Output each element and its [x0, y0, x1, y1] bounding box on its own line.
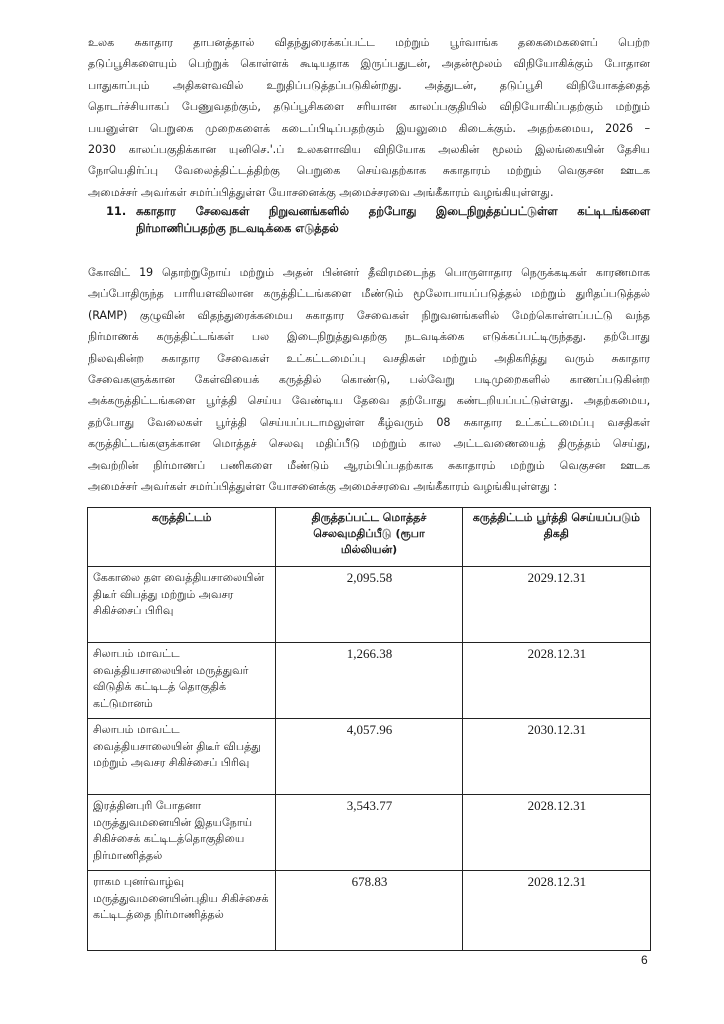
text-line: தொடர்ச்சியாகப் பேணுவதற்கும், தடுப்பூசிகள… — [88, 96, 650, 117]
cell-cost: 4,057.96 — [276, 719, 462, 795]
text-line: நிலவுகின்ற சுகாதார சேவைகள் உட்கட்டமைப்பு… — [88, 348, 650, 369]
text-line: கருத்திட்டங்களுக்கான மொத்தச் செலவு மதிப்… — [88, 433, 650, 454]
heading-line: நிர்மாணிப்பதற்கு நடவடிக்கை எடுத்தல் — [136, 220, 650, 237]
text-line: அப்போதிருந்த பாரியளவிலான கருத்திட்டங்களை… — [88, 283, 650, 304]
table-row: சிலாபம் மாவட்ட வைத்தியசாலையின் மருத்துவர… — [88, 643, 651, 719]
document-page: உலக சுகாதார தாபனத்தால் விதந்துரைக்கப்பட்… — [0, 0, 724, 1024]
text-line: நோயெதிர்ப்பு வேலைத்திட்டத்திற்கு பெறுகை … — [88, 160, 650, 181]
cell-project: கேகாலை தள வைத்தியசாலையின் திடீர் விபத்து… — [88, 567, 276, 643]
cell-completion: 2029.12.31 — [462, 567, 650, 643]
section-number: 11. — [106, 203, 126, 220]
cell-cost: 1,266.38 — [276, 643, 462, 719]
text-line: அமைச்சர் அவர்கள் சமர்ப்பித்துள்ள யோசனைக்… — [88, 182, 650, 203]
cell-completion: 2028.12.31 — [462, 795, 650, 871]
table-row: சிலாபம் மாவட்ட வைத்தியசாலையின் திடீர் வி… — [88, 719, 651, 795]
header-revised-cost: திருத்தப்பட்ட மொத்தச் செலவுமதிப்பீடு (ரூ… — [276, 508, 462, 567]
table-row: ராகம புனர்வாழ்வு மருத்துவமனையின்புதிய சி… — [88, 871, 651, 951]
text-line: சேவைகளுக்கான கேள்வியைக் கருத்தில் கொண்டு… — [88, 369, 650, 390]
text-line: 2030 காலப்பகுதிக்கான யுனிசெ.'.ப் உலகளாவி… — [88, 139, 650, 160]
cell-project: ராகம புனர்வாழ்வு மருத்துவமனையின்புதிய சி… — [88, 871, 276, 951]
text-line: தடுப்பூசிகளையும் பெற்றுக் கொள்ளக் கூடியத… — [88, 53, 650, 74]
cell-project: இரத்தினபுரி போதனா மருத்துவமனையின் இதயநோய… — [88, 795, 276, 871]
cell-cost: 3,543.77 — [276, 795, 462, 871]
header-completion-date: கருத்திட்டம் பூர்த்தி செய்யப்படும் திகதி — [462, 508, 650, 567]
table-row: இரத்தினபுரி போதனா மருத்துவமனையின் இதயநோய… — [88, 795, 651, 871]
text-line: உலக சுகாதார தாபனத்தால் விதந்துரைக்கப்பட்… — [88, 32, 650, 53]
page-number: 6 — [641, 953, 648, 967]
text-line: பயனுள்ள பெறுகை முறைகளைக் கடைப்பிடிப்பதற்… — [88, 118, 650, 139]
paragraph-construction-projects: கோவிட் 19 தொற்றுநோய் மற்றும் அதன் பின்னர… — [88, 262, 650, 497]
cell-cost: 2,095.58 — [276, 567, 462, 643]
cell-project: சிலாபம் மாவட்ட வைத்தியசாலையின் மருத்துவர… — [88, 643, 276, 719]
heading-line: சுகாதார சேவைகள் நிறுவனங்களில் தற்போது இட… — [136, 203, 650, 220]
text-line: நிர்மாணக் கருத்திட்டங்கள் பல இடைநிறுத்து… — [88, 326, 650, 347]
table-row: கேகாலை தள வைத்தியசாலையின் திடீர் விபத்து… — [88, 567, 651, 643]
text-line: (RAMP) குழுவின் விதந்துரைக்கமைய சுகாதார … — [88, 305, 650, 326]
text-line: அவற்றின் நிர்மாணப் பணிகளை மீண்டும் ஆரம்ப… — [88, 455, 650, 476]
text-line: அக்கருத்திட்டங்களை பூர்த்தி செய்ய வேண்டி… — [88, 390, 650, 411]
cell-completion: 2028.12.31 — [462, 643, 650, 719]
section-title: சுகாதார சேவைகள் நிறுவனங்களில் தற்போது இட… — [136, 203, 650, 237]
text-line: தற்போது வேலைகள் பூர்த்தி செய்யப்படாமலுள்… — [88, 412, 650, 433]
cell-completion: 2028.12.31 — [462, 871, 650, 951]
cell-completion: 2030.12.31 — [462, 719, 650, 795]
header-project: கருத்திட்டம் — [88, 508, 276, 567]
projects-table: கருத்திட்டம் திருத்தப்பட்ட மொத்தச் செலவு… — [87, 507, 651, 951]
text-line: கோவிட் 19 தொற்றுநோய் மற்றும் அதன் பின்னர… — [88, 262, 650, 283]
cell-project: சிலாபம் மாவட்ட வைத்தியசாலையின் திடீர் வி… — [88, 719, 276, 795]
table-header-row: கருத்திட்டம் திருத்தப்பட்ட மொத்தச் செலவு… — [88, 508, 651, 567]
paragraph-vaccine-procurement: உலக சுகாதார தாபனத்தால் விதந்துரைக்கப்பட்… — [88, 32, 650, 203]
text-line: அமைச்சர் அவர்கள் சமர்ப்பித்துள்ள யோசனைக்… — [88, 476, 650, 497]
text-line: பாதுகாப்பும் அதிகளவவில் உறுதிப்படுத்தப்ப… — [88, 75, 650, 96]
cell-cost: 678.83 — [276, 871, 462, 951]
